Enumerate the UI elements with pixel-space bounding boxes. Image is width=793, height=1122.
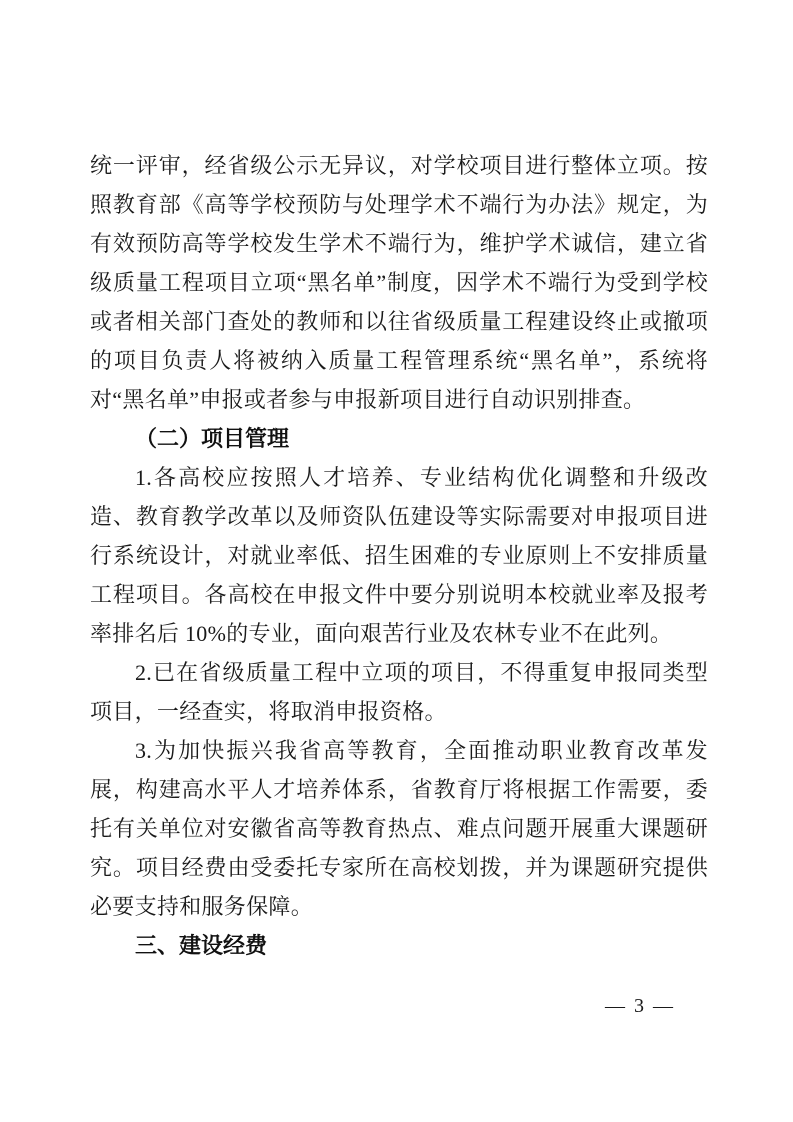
paragraph-item-3-major-research-topics: 3.为加快振兴我省高等教育，全面推动职业教育改革发展，构建高水平人才培养体系，省… — [90, 731, 708, 926]
paragraph-item-2-no-duplicate-application: 2.已在省级质量工程中立项的项目，不得重复申报同类型项目，一经查实，将取消申报资… — [90, 653, 708, 731]
page-number: — 3 — — [600, 994, 680, 1018]
paragraph-item-1-project-design: 1.各高校应按照人才培养、专业结构优化调整和升级改造、教育教学改革以及师资队伍建… — [90, 458, 708, 653]
document-body: 统一评审，经省级公示无异议，对学校项目进行整体立项。按照教育部《高等学校预防与处… — [90, 146, 708, 965]
heading-construction-funds: 三、建设经费 — [90, 926, 708, 965]
document-page: 统一评审，经省级公示无异议，对学校项目进行整体立项。按照教育部《高等学校预防与处… — [0, 0, 793, 1122]
paragraph-blacklist-policy-continuation: 统一评审，经省级公示无异议，对学校项目进行整体立项。按照教育部《高等学校预防与处… — [90, 146, 708, 419]
heading-project-management: （二）项目管理 — [90, 419, 708, 458]
